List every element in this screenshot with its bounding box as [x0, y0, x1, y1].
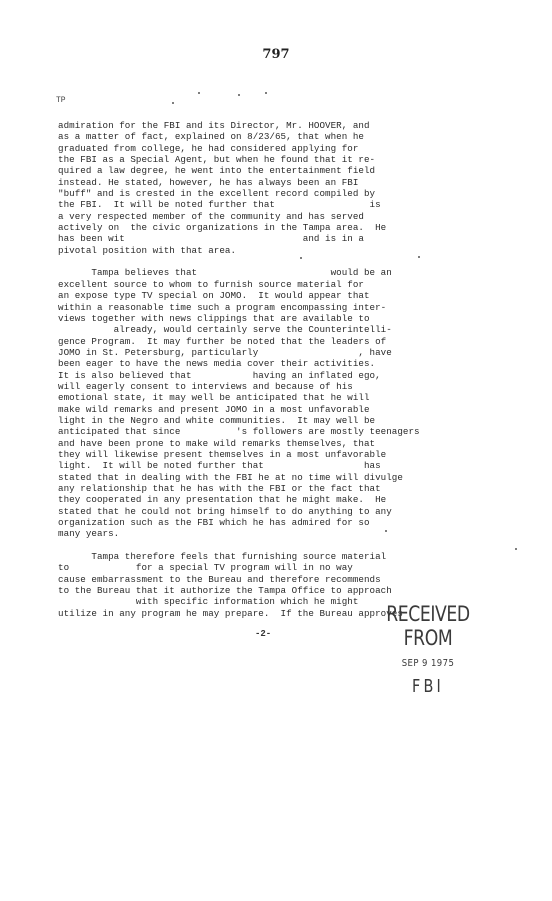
stamp-agency: FBI — [372, 676, 484, 697]
scan-speck — [198, 92, 200, 94]
page-number: 797 — [0, 47, 552, 62]
text-line: they will likewise present themselves in… — [58, 449, 498, 460]
text-line: graduated from college, he had considere… — [58, 143, 498, 154]
text-line: will eagerly consent to interviews and b… — [58, 381, 498, 392]
text-line: admiration for the FBI and its Director,… — [58, 120, 498, 131]
text-line: as a matter of fact, explained on 8/23/6… — [58, 131, 498, 142]
paragraph-gap — [58, 256, 498, 267]
text-line: an expose type TV special on JOMO. It wo… — [58, 290, 498, 301]
text-line: Tampa therefore feels that furnishing so… — [58, 551, 498, 562]
paragraph: admiration for the FBI and its Director,… — [58, 120, 498, 256]
text-line: has been wit and is in a — [58, 233, 498, 244]
text-line: stated that in dealing with the FBI he a… — [58, 472, 498, 483]
text-line: gence Program. It may further be noted t… — [58, 336, 498, 347]
text-line: any relationship that he has with the FB… — [58, 483, 498, 494]
text-line: and have been prone to make wild remarks… — [58, 438, 498, 449]
text-line: It is also believed that having an infla… — [58, 370, 498, 381]
text-line: actively on the civic organizations in t… — [58, 222, 498, 233]
paragraph: Tampa believes that would be anexcellent… — [58, 267, 498, 539]
text-line: views together with news clippings that … — [58, 313, 498, 324]
text-line: been eager to have the news media cover … — [58, 358, 498, 369]
text-line: light. It will be noted further that has — [58, 460, 498, 471]
text-line: light in the Negro and white communities… — [58, 415, 498, 426]
text-line: a very respected member of the community… — [58, 211, 498, 222]
text-line: pivotal position with that area. — [58, 245, 498, 256]
received-stamp: RECEIVED FROM SEP 9 1975 FBI — [358, 602, 498, 697]
text-line: to for a special TV program will in no w… — [58, 562, 498, 573]
scan-speck — [238, 94, 240, 96]
text-line: organization such as the FBI which he ha… — [58, 517, 498, 528]
scan-speck — [172, 102, 174, 104]
text-line: many years. — [58, 528, 498, 539]
scan-speck — [300, 257, 302, 259]
document-body: admiration for the FBI and its Director,… — [58, 120, 498, 619]
text-line: instead. He stated, however, he has alwa… — [58, 177, 498, 188]
text-line: emotional state, it may well be anticipa… — [58, 392, 498, 403]
text-line: already, would certainly serve the Count… — [58, 324, 498, 335]
text-line: cause embarrassment to the Bureau and th… — [58, 574, 498, 585]
text-line: excellent source to whom to furnish sour… — [58, 279, 498, 290]
text-line: the FBI as a Special Agent, but when he … — [58, 154, 498, 165]
scan-speck — [515, 548, 517, 550]
text-line: the FBI. It will be noted further that i… — [58, 199, 498, 210]
stamp-title: RECEIVED FROM — [371, 602, 486, 650]
text-line: anticipated that since 's followers are … — [58, 426, 498, 437]
text-line: within a reasonable time such a program … — [58, 302, 498, 313]
scan-speck — [265, 92, 267, 94]
text-line: quired a law degree, he went into the en… — [58, 165, 498, 176]
stamp-date: SEP 9 1975 — [369, 658, 488, 669]
text-line: they cooperated in any presentation that… — [58, 494, 498, 505]
text-line: to the Bureau that it authorize the Tamp… — [58, 585, 498, 596]
text-line: Tampa believes that would be an — [58, 267, 498, 278]
scan-speck — [418, 256, 420, 258]
paragraph-gap — [58, 540, 498, 551]
header-mark: TP — [56, 96, 66, 105]
text-line: JOMO in St. Petersburg, particularly , h… — [58, 347, 498, 358]
text-line: make wild remarks and present JOMO in a … — [58, 404, 498, 415]
footer-page-number: -2- — [255, 629, 271, 639]
text-line: stated that he could not bring himself t… — [58, 506, 498, 517]
text-line: "buff" and is crested in the excellent r… — [58, 188, 498, 199]
scan-speck — [385, 530, 387, 532]
